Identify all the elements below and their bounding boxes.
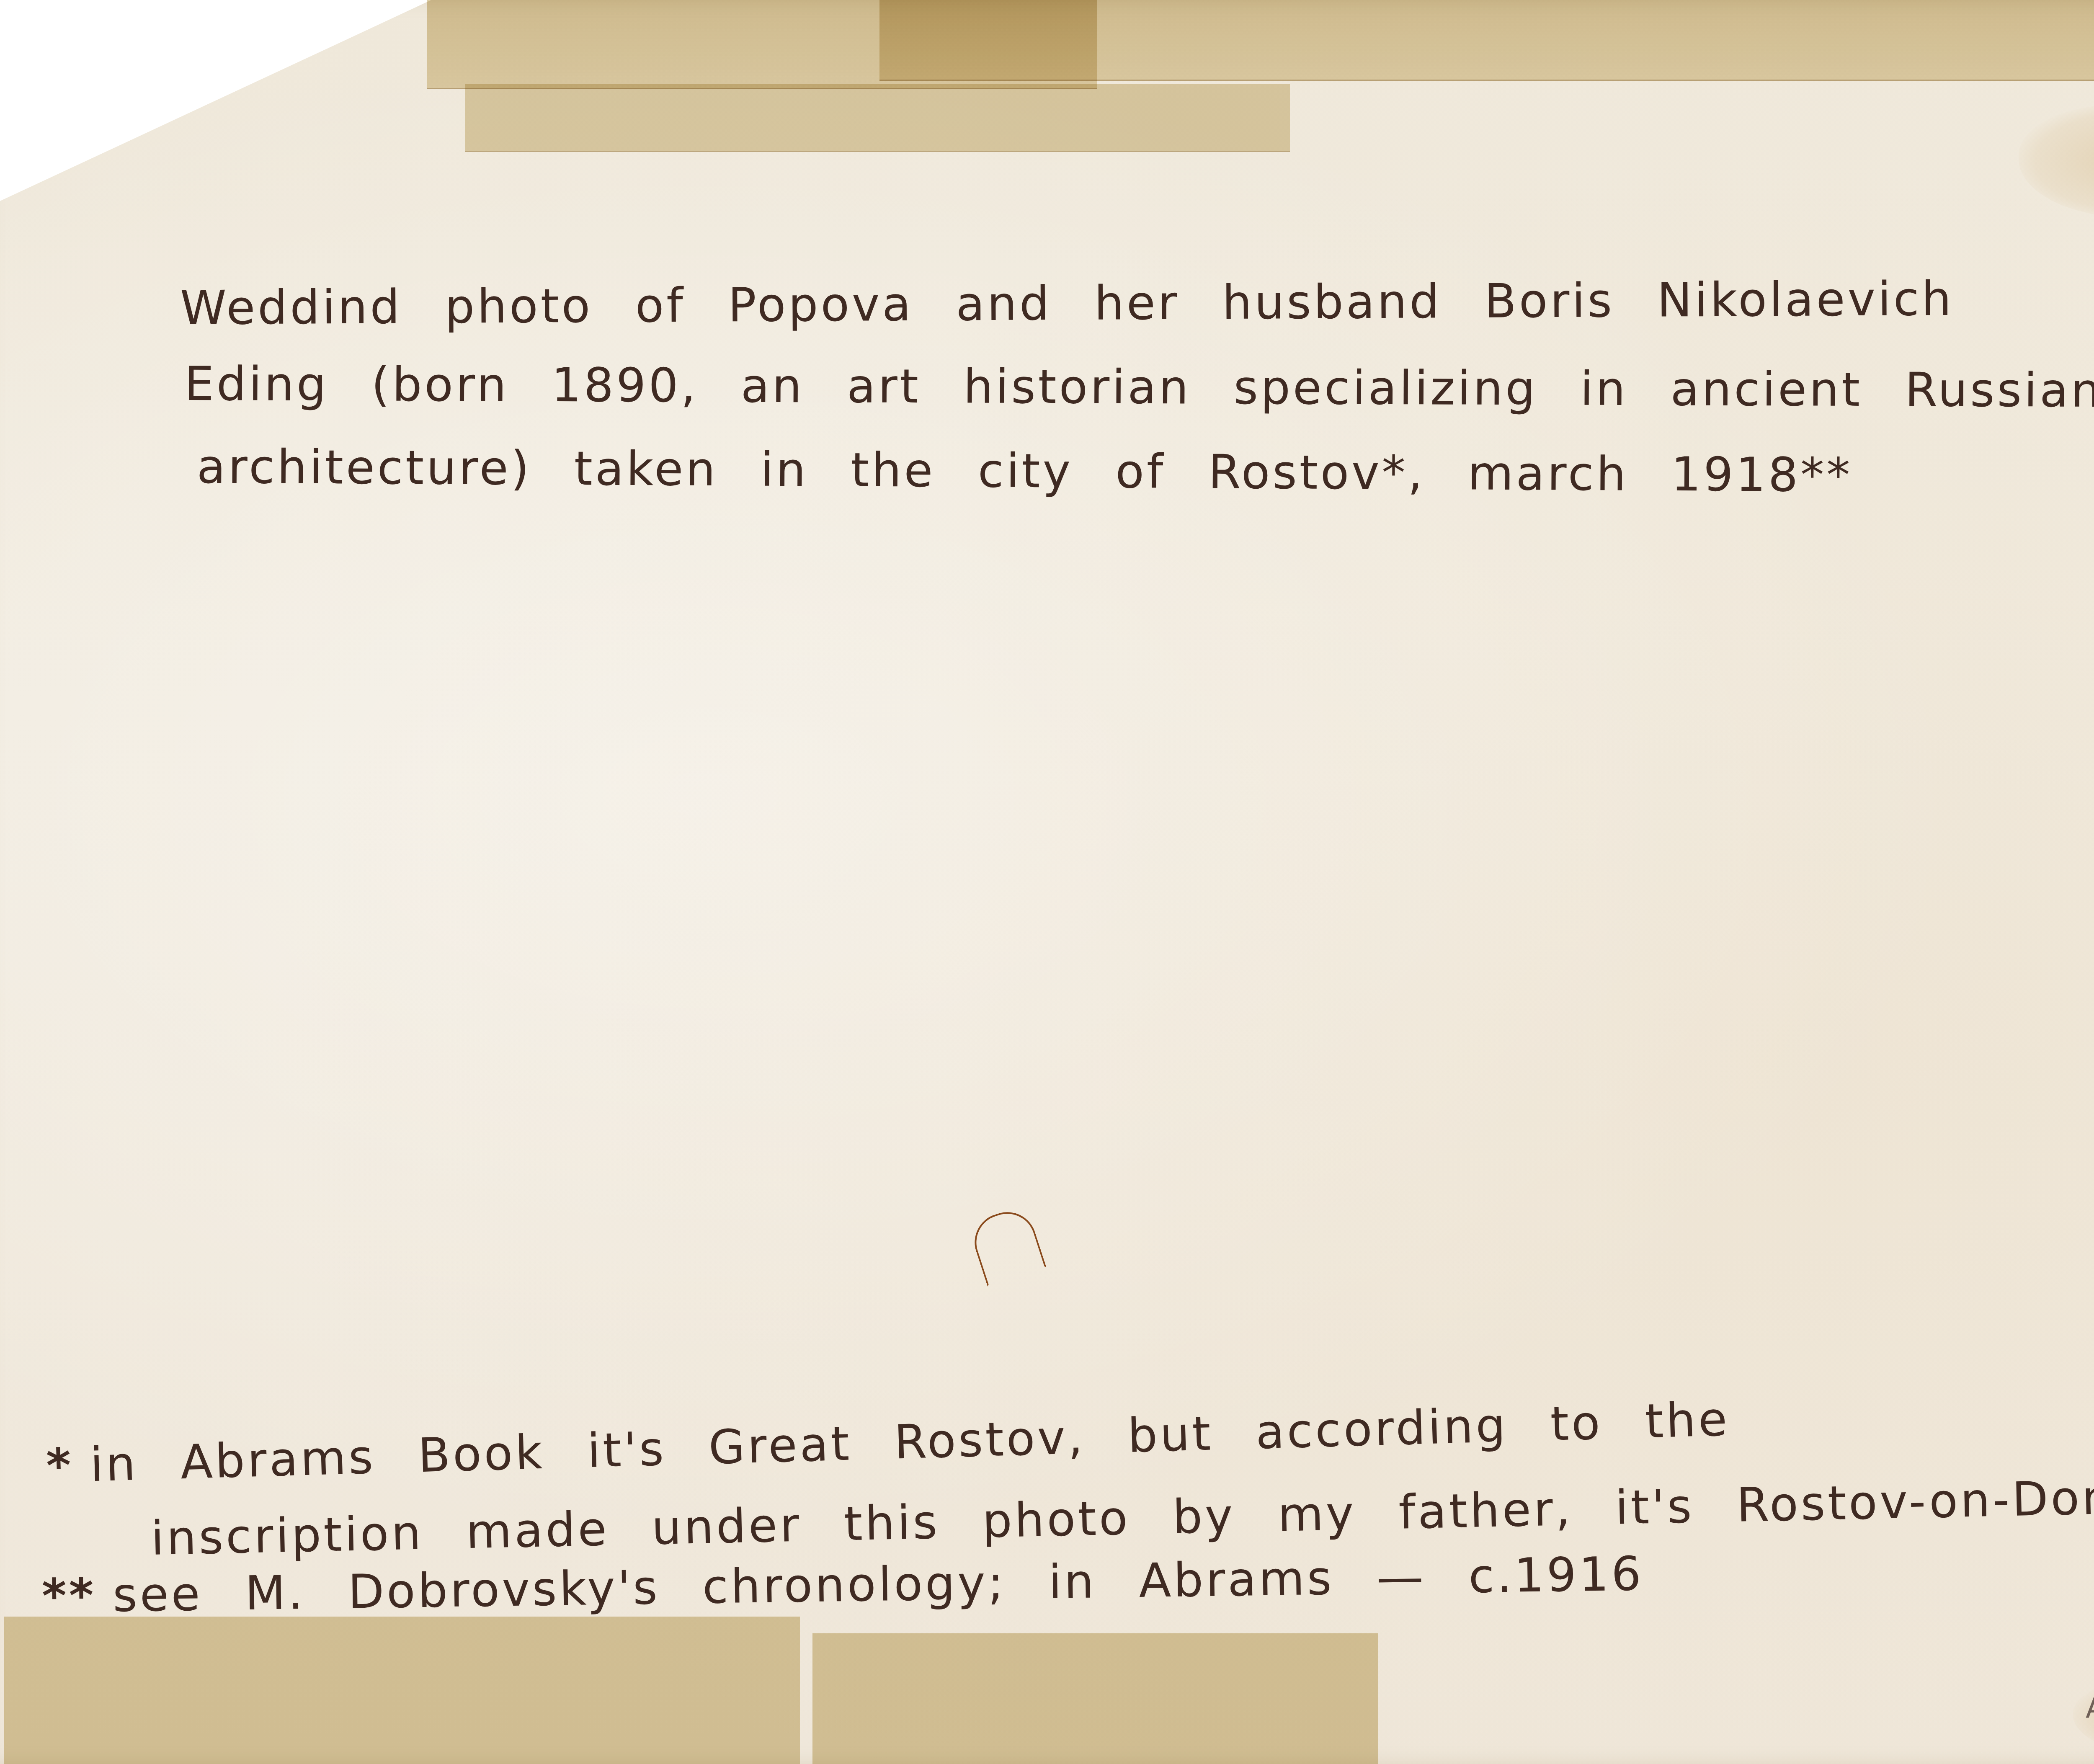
tape-strip-top-right	[879, 0, 2094, 81]
main-text-line: architecture) taken in the city of Rosto…	[197, 440, 1853, 503]
footnote-marker: *	[46, 1438, 74, 1493]
catalog-number: A3288	[2086, 1692, 2094, 1725]
footnote-marker: **	[41, 1568, 96, 1624]
tape-strip-top-left-lower	[465, 84, 1290, 152]
main-text-line: Eding (born 1890, an art historian speci…	[184, 357, 2094, 418]
main-text-line: Weddind photo of Popova and her husband …	[180, 272, 1954, 335]
tape-strip-bottom-middle	[812, 1633, 1378, 1764]
tape-strip-bottom-left	[4, 1617, 800, 1764]
